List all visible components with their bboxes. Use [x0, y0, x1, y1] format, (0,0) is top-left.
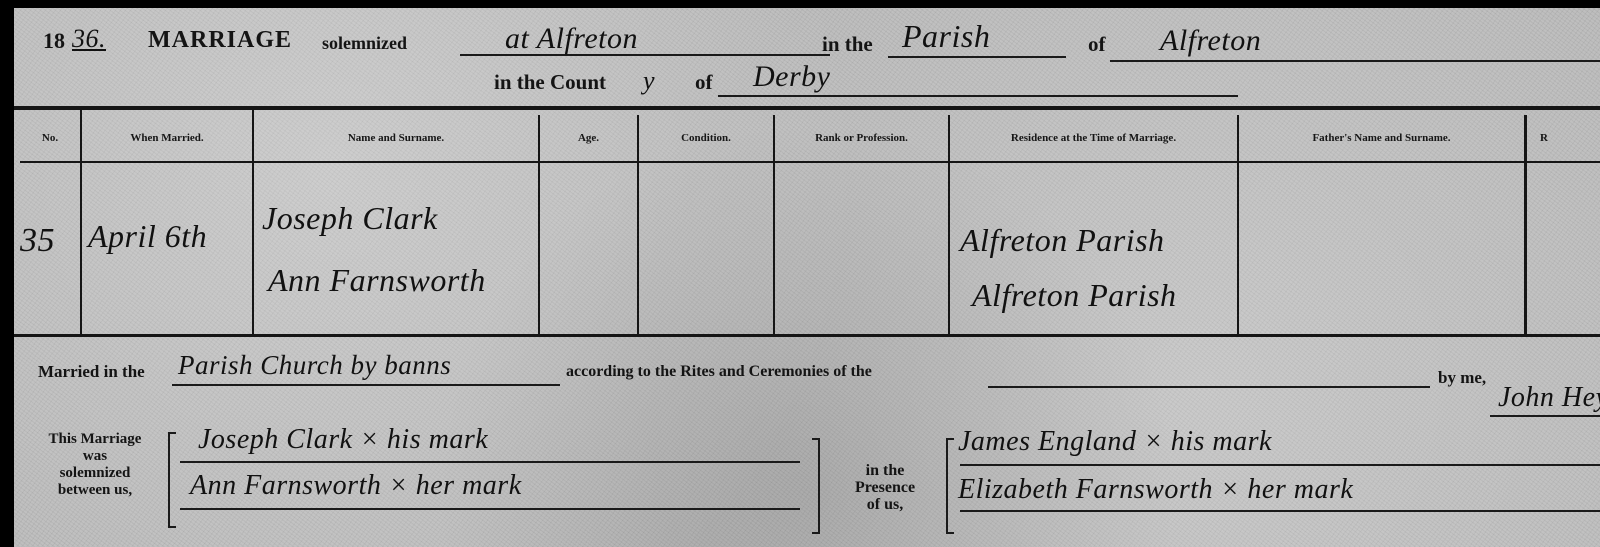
col-header-age: Age.: [540, 118, 637, 158]
col-divider-8: [1524, 115, 1527, 334]
county-name-value: Derby: [753, 60, 830, 94]
table-bottom-rule: [14, 334, 1600, 337]
col-header-condition: Condition.: [639, 118, 773, 158]
entry-bride-residence: Alfreton Parish: [972, 277, 1177, 314]
rites-line: [988, 386, 1430, 388]
county-of-label: of: [695, 70, 713, 95]
solemnized-label: solemnized: [322, 33, 407, 54]
witness-1-signature: James England × his mark: [958, 426, 1272, 458]
parish-type-line: [888, 56, 1066, 58]
col-header-residence: Residence at the Time of Marriage.: [950, 118, 1237, 158]
parish-name-line: [1110, 60, 1600, 62]
year-prefix: 18: [43, 28, 65, 54]
marriage-title: MARRIAGE: [148, 27, 292, 54]
solemnized-between-line-3: solemnized: [28, 465, 162, 482]
entry-when-married: April 6th: [88, 218, 207, 255]
parish-type-value: Parish: [902, 18, 990, 55]
entry-groom-residence: Alfreton Parish: [960, 222, 1165, 259]
officiant-signature: John Hey: [1498, 382, 1600, 414]
county-name-line: [718, 95, 1238, 97]
col-header-truncated: R: [1540, 118, 1600, 158]
col-header-name: Name and Surname.: [254, 118, 538, 158]
witness-line-2: [960, 510, 1600, 512]
witness-2-signature: Elizabeth Farnsworth × her mark: [958, 474, 1353, 506]
presence-line-3: of us,: [840, 496, 930, 513]
solemnized-between-line-2: was: [28, 448, 162, 465]
solemnized-between-line-1: This Marriage: [28, 431, 162, 448]
county-label: in the Count: [494, 70, 606, 95]
officiant-line: [1490, 415, 1600, 417]
witness-line-1: [960, 464, 1600, 466]
col-header-rank: Rank or Profession.: [775, 118, 948, 158]
party-line-1: [180, 461, 800, 463]
entry-number: 35: [20, 222, 55, 260]
year-suffix: 36.: [72, 24, 106, 54]
solemnized-at-value: at Alfreton: [505, 22, 638, 56]
entry-groom-name: Joseph Clark: [262, 200, 438, 237]
entry-bride-name: Ann Farnsworth: [268, 262, 486, 299]
married-in-value: Parish Church by banns: [178, 350, 451, 381]
table-header-divider: [20, 161, 1600, 163]
parish-name-value: Alfreton: [1160, 24, 1261, 58]
parties-left-bracket: [168, 432, 176, 528]
married-in-label: Married in the: [38, 362, 145, 382]
party-line-2: [180, 508, 800, 510]
solemnized-between-line-4: between us,: [28, 482, 162, 499]
solemnized-between-label: This Marriage was solemnized between us,: [28, 431, 162, 499]
presence-line-2: Presence: [840, 479, 930, 496]
by-me-label: by me,: [1438, 368, 1486, 388]
parties-right-bracket: [812, 438, 820, 534]
county-label-suffix: y: [643, 66, 655, 96]
witnesses-left-bracket: [946, 438, 954, 534]
col-header-father: Father's Name and Surname.: [1239, 118, 1524, 158]
rites-label: according to the Rites and Ceremonies of…: [566, 363, 872, 381]
married-in-line: [172, 384, 560, 386]
presence-label: in the Presence of us,: [840, 462, 930, 513]
col-header-when-married: When Married.: [82, 118, 252, 158]
in-the-label: in the: [822, 32, 873, 57]
col-header-no: No.: [20, 118, 80, 158]
party-bride-signature: Ann Farnsworth × her mark: [190, 470, 522, 502]
of-label: of: [1088, 32, 1106, 57]
presence-line-1: in the: [840, 462, 930, 479]
party-groom-signature: Joseph Clark × his mark: [198, 424, 488, 456]
